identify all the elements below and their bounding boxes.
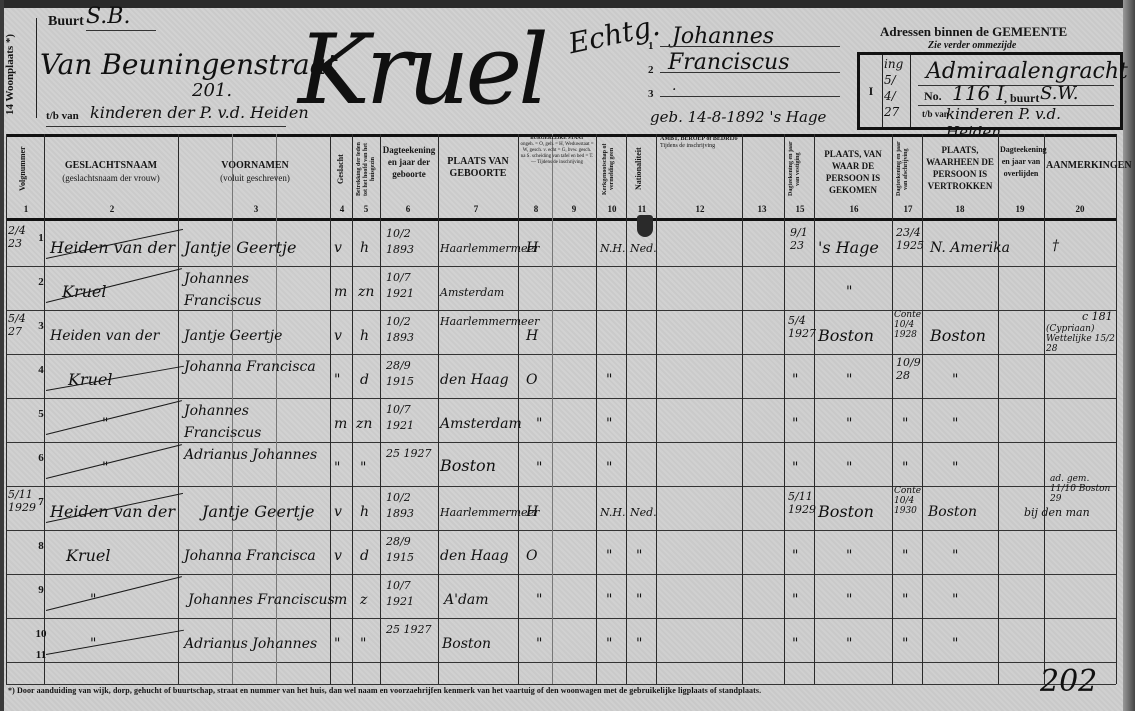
row-4-pob: den Haag: [440, 372, 509, 388]
row-10-rel: ": [360, 636, 366, 652]
col-rule: [656, 134, 657, 684]
header-beroep-label: AMBT, BEROEP of BEDRIJF: [660, 136, 780, 143]
addresses-title: Adressen binnen de GEMEENTE: [880, 24, 1067, 40]
entry-date: 5/11 1929: [8, 488, 38, 514]
row-4-dep-date: 10/9 28: [896, 356, 920, 382]
header-beroep: AMBT, BEROEP of BEDRIJF Tijdens de insch…: [660, 136, 780, 150]
colnum: 10: [604, 204, 620, 214]
row-9-dep-date: ": [902, 592, 908, 608]
row-10-church: ": [606, 636, 612, 652]
row-4-first: Johanna Francisca: [184, 356, 330, 378]
spouse-line-2: [660, 72, 840, 73]
spouse-line-2-num: 2: [648, 64, 654, 76]
row-6-dep-to: ": [952, 460, 958, 476]
row-9-surname: ": [90, 592, 96, 608]
colnum: 9: [568, 204, 580, 214]
row-5-nat: ": [606, 416, 612, 432]
address-box: I ing 5/ 4/ 27 Admiraalengracht No. 116 …: [857, 52, 1123, 130]
row-9-sex: m: [334, 592, 347, 608]
register-table: Volgnummer GESLACHTSNAAM (geslachtsnaam …: [6, 134, 1116, 684]
header-geslachtsnaam-label: GESLACHTSNAAM: [46, 160, 176, 172]
colnum: 11: [634, 204, 650, 214]
row-1-nat: Ned.: [630, 242, 657, 255]
row-2-dob: 10/7 1921: [386, 270, 436, 302]
row-rule: [6, 310, 1116, 311]
col-rule: [352, 134, 353, 684]
col-rule: [596, 134, 597, 684]
addresses-subtitle: Zie verder ommezijde: [928, 40, 1016, 51]
page-number: 202: [1040, 664, 1097, 699]
spouse-label: Echtg.: [566, 9, 663, 60]
row-3-surname: Heiden van der: [50, 328, 159, 344]
top-remark: ad. gem. 11/10 Boston 29: [1050, 474, 1116, 504]
row-1-arr-from: 's Hage: [818, 238, 879, 257]
woonplaats-label: 14 Woonplaats *): [4, 24, 26, 124]
colnum: 7: [470, 204, 482, 214]
scan-border-right: [1123, 0, 1135, 711]
header-vestigingsdatum: Dagteekening en jaar van vestiging: [788, 140, 810, 198]
header-overlijden: Dagteekening en jaar van overlijden: [1000, 144, 1042, 180]
spouse-line-1: [660, 46, 840, 47]
side-remark: c 181: [1082, 310, 1113, 323]
header-aanmerkingen: AANMERKINGEN: [1046, 160, 1114, 172]
address-buurt-label: , buurt: [1004, 91, 1039, 106]
row-1-dep-date: 23/4 1925: [896, 226, 920, 252]
row-7-church: N.H.: [600, 506, 626, 519]
col-rule: [178, 134, 179, 684]
row-rule: [6, 618, 1116, 619]
header-voornamen-label: VOORNAMEN: [180, 160, 330, 172]
row-10-dep-to: ": [952, 636, 958, 652]
row-3-remark: (Cypriaan) Wettelijke 15/2 28: [1046, 324, 1116, 354]
row-rule: [6, 266, 1116, 267]
row-8-pob: den Haag: [440, 548, 509, 564]
row-8-first: Johanna Francisca: [184, 548, 316, 564]
row-10-surname: ": [90, 636, 96, 652]
row-6-pob: Boston: [440, 456, 496, 475]
row-5-first: Johannes Franciscus: [184, 400, 330, 444]
row-1-dep-to: N. Amerika: [930, 240, 1010, 256]
row-7-rel: h: [360, 504, 369, 520]
tb-label: t/b van: [46, 110, 79, 122]
colnum: 13: [754, 204, 770, 214]
row-7-remark: bij den man: [1024, 506, 1090, 519]
col-rule: [998, 134, 999, 684]
row-8-sex: v: [334, 548, 342, 564]
house-number: 201.: [192, 80, 232, 101]
col-rule: [1044, 134, 1045, 684]
row-6-dep-date: ": [902, 460, 908, 476]
street-name: Van Beuningenstraat: [40, 48, 338, 81]
col-rule: [784, 134, 785, 684]
row-8-dep-date: ": [902, 548, 908, 564]
row-number: 9: [34, 584, 48, 596]
row-1-civil: H: [526, 240, 538, 256]
colnum: 16: [846, 204, 862, 214]
header-betrekking: Betrekking der leden tot het hoofd van h…: [356, 140, 378, 198]
row-10-dob: 25 1927: [386, 622, 436, 638]
row-rule: [6, 486, 1116, 487]
colnum: 1: [20, 204, 32, 214]
colnum: 2: [102, 204, 122, 214]
row-6-arr-from: ": [846, 460, 852, 476]
row-number: 5: [34, 408, 48, 420]
row-3-arr-date: 5/4 1927: [788, 314, 812, 340]
row-7-arr-date: 5/11 1929: [788, 490, 812, 516]
colnum: 15: [792, 204, 808, 214]
row-5-civil: ": [536, 416, 542, 432]
row-5-arr-date: ": [792, 416, 798, 432]
row-5-rel: zn: [356, 416, 372, 432]
row-rule: [6, 574, 1116, 575]
row-rule: [6, 442, 1116, 443]
registry-card: 14 Woonplaats *) Buurt S.B. Van Beuninge…: [0, 0, 1135, 711]
spouse-line-3-num: 3: [648, 88, 654, 100]
row-6-first: Adrianus Johannes: [184, 444, 330, 466]
row-3-rel: h: [360, 328, 369, 344]
row-6-nat: ": [606, 460, 612, 476]
row-7-dob: 10/2 1893: [386, 490, 436, 522]
row-8-surname: Kruel: [66, 546, 111, 565]
row-5-dep-date: ": [902, 416, 908, 432]
address-date: ing 5/ 4/ 27: [882, 55, 911, 127]
row-9-first: Johannes Franciscus: [188, 592, 335, 608]
row-1-sex: v: [334, 240, 342, 256]
row-4-arr-from: ": [846, 372, 852, 388]
header-burgerlijke-staat-sub: ongeh. = O, geh. = H, Weduwstaat = W, ge…: [520, 142, 594, 166]
col-rule: [1116, 134, 1117, 684]
row-8-civil: O: [526, 548, 537, 564]
row-3-sex: v: [334, 328, 342, 344]
row-rule: [6, 398, 1116, 399]
buurt-label: Buurt: [48, 14, 84, 30]
entry-date: 2/4 23: [8, 224, 38, 250]
row-1-first: Jantje Geertje: [184, 238, 296, 257]
row-3-dep-to: Boston: [930, 326, 986, 345]
tb-value: kinderen der P. v.d. Heiden: [90, 103, 309, 122]
row-rule: [6, 530, 1116, 531]
colnum: 5: [360, 204, 372, 214]
header-volgnummer: Volgnummer: [18, 140, 32, 198]
row-number: 4: [34, 364, 48, 376]
row-9-civil: ": [536, 592, 542, 608]
header-geslachtsnaam: GESLACHTSNAAM (geslachtsnaam der vrouw): [46, 160, 176, 184]
row-8-arr-date: ": [792, 548, 798, 564]
col-rule: [438, 134, 439, 684]
row-7-dep-to: Boston: [928, 504, 977, 520]
row-number: 10: [34, 628, 48, 640]
spouse-name-3: .: [672, 78, 676, 94]
row-number: 8: [34, 540, 48, 552]
row-4-nat: ": [606, 372, 612, 388]
row-8-church: ": [606, 548, 612, 564]
row-10-first: Adrianus Johannes: [184, 636, 317, 652]
row-10-arr-date: ": [792, 636, 798, 652]
colnum: 19: [1012, 204, 1028, 214]
strike-line: [46, 400, 182, 435]
row-7-sex: v: [334, 504, 342, 520]
col-rule: [626, 134, 627, 684]
col-rule: [892, 134, 893, 684]
header-vertrokken: PLAATS, WAARHEEN DE PERSOON IS VERTROKKE…: [924, 144, 996, 192]
row-6-civil: ": [536, 460, 542, 476]
colnum: 18: [952, 204, 968, 214]
row-4-civil: O: [526, 372, 537, 388]
row-1-pob: Haarlemmermeer: [440, 242, 539, 255]
row-8-rel: d: [360, 548, 369, 564]
row-7-nat: Ned.: [630, 506, 657, 519]
row-number: 6: [34, 452, 48, 464]
row-4-rel: d: [360, 372, 369, 388]
row-3-pob: Haarlemmermeer: [440, 314, 516, 330]
row-3-first: Jantje Geertje: [184, 328, 282, 344]
row-5-dep-to: ": [952, 416, 958, 432]
row-6-rel: ": [360, 460, 366, 476]
row-3-arr-from: Boston: [818, 326, 874, 345]
header-afschrijvingsdatum: Dagteekening en jaar van afschrijving: [896, 140, 918, 198]
row-8-nat: ": [636, 548, 642, 564]
row-1-rel: h: [360, 240, 369, 256]
row-9-pob: A'dam: [444, 592, 489, 608]
row-9-arr-date: ": [792, 592, 798, 608]
row-7-dep-date: Conte 10/4 1930: [894, 486, 922, 516]
row-rule: [6, 662, 1116, 663]
strike-line: [46, 444, 182, 479]
row-4-dep-to: ": [952, 372, 958, 388]
address-tb-label: t/b van: [922, 109, 949, 119]
header-kerkgenootschap: Kerkgenootschap of vermelding geen: [602, 140, 622, 198]
colnum: 8: [530, 204, 542, 214]
row-1-dob: 10/2 1893: [386, 226, 436, 258]
col-rule: [742, 134, 743, 684]
buurt-underline: [86, 30, 156, 31]
header-herkomst: PLAATS, VAN WAAR DE PERSOON IS GEKOMEN: [816, 148, 890, 196]
row-7-first: Jantje Geertje: [202, 502, 314, 521]
col-rule: [814, 134, 815, 684]
header-geboortedatum: Dagteekening en jaar der geboorte: [382, 144, 436, 180]
row-9-nat: ": [636, 592, 642, 608]
footnote: *) Door aanduiding van wijk, dorp, gehuc…: [8, 686, 761, 695]
header-voornamen-sub: (voluit geschreven): [180, 172, 330, 184]
spouse-line-3: [660, 96, 840, 97]
row-3-civil: H: [526, 328, 538, 344]
row-7-pob: Haarlemmermeer: [440, 506, 539, 519]
header-voornamen: VOORNAMEN (voluit geschreven): [180, 160, 330, 184]
col-rule: [518, 134, 519, 684]
row-10-civil: ": [536, 636, 542, 652]
row-8-arr-from: ": [846, 548, 852, 564]
address-street-line: [918, 85, 1114, 86]
row-6-dob: 25 1927: [386, 446, 436, 462]
colnum: 12: [692, 204, 708, 214]
row-rule: [6, 684, 1116, 685]
header-burgerlijke-staat: BURGERLIJKE STAAT ongeh. = O, geh. = H, …: [520, 136, 594, 166]
scan-border-top: [0, 0, 1135, 8]
row-10-sex: ": [334, 636, 340, 652]
row-9-dep-to: ": [952, 592, 958, 608]
row-8-dep-to: ": [952, 548, 958, 564]
col-rule: [6, 134, 7, 684]
row-9-rel: z: [360, 592, 367, 608]
row-6-sex: ": [334, 460, 340, 476]
tb-underline: [46, 126, 286, 127]
row-10-dep-date: ": [902, 636, 908, 652]
address-no-value: 116 I: [952, 81, 1004, 105]
strike-line: [46, 366, 184, 391]
row-2-first: Johannes Franciscus: [184, 268, 330, 312]
colnum: 20: [1072, 204, 1088, 214]
header-geslacht: Geslacht: [336, 140, 348, 198]
stamp-crest: [637, 215, 653, 237]
row-3-dob: 10/2 1893: [386, 314, 436, 346]
row-rule: [6, 354, 1116, 355]
row-2-sex: m: [334, 284, 347, 300]
col-rule: [552, 134, 553, 684]
family-name: Kruel: [298, 22, 545, 118]
address-row-num: I: [860, 55, 883, 127]
header-beroep-sub: Tijdens de inschrijving: [660, 143, 780, 150]
spouse-line-1-num: 1: [648, 40, 654, 52]
colnum: 4: [336, 204, 348, 214]
entry-date: 5/4 27: [8, 312, 38, 338]
row-number: 2: [34, 276, 48, 288]
header-geboorteplaats: PLAATS VAN GEBOORTE: [440, 156, 516, 180]
row-10-nat: ": [636, 636, 642, 652]
row-10-arr-from: ": [846, 636, 852, 652]
col-rule: [922, 134, 923, 684]
row-9-arr-from: ": [846, 592, 852, 608]
header-nationaliteit: Nationaliteit: [634, 140, 648, 198]
row-1-church: N.H.: [600, 242, 626, 255]
address-no-label: No.: [924, 89, 942, 104]
address-buurt-value: S.W.: [1040, 83, 1079, 104]
colnum: 17: [900, 204, 916, 214]
row-5-sex: m: [334, 416, 347, 432]
row-2-arr-from: ": [846, 284, 852, 300]
row-1-remark: †: [1052, 238, 1059, 254]
row-2-rel: zn: [358, 284, 374, 300]
row-10-pob: Boston: [442, 636, 491, 652]
spouse-birth-info: geb. 14-8-1892 's Hage: [650, 108, 826, 126]
row-5-dob: 10/7 1921: [386, 402, 436, 434]
row-7-arr-from: Boston: [818, 502, 874, 521]
header-geslachtsnaam-sub: (geslachtsnaam der vrouw): [46, 172, 176, 184]
row-4-arr-date: ": [792, 372, 798, 388]
row-9-dob: 10/7 1921: [386, 578, 436, 610]
colnum: 6: [402, 204, 414, 214]
row-2-pob: Amsterdam: [440, 286, 504, 299]
row-9-church: ": [606, 592, 612, 608]
row-6-arr-date: ": [792, 460, 798, 476]
strike-line: [46, 576, 182, 611]
row-4-sex: ": [334, 372, 340, 388]
row-7-civil: H: [526, 504, 538, 520]
row-5-arr-from: ": [846, 416, 852, 432]
row-1-arr-date: 9/1 23: [790, 226, 812, 252]
row-3-dep-date: Conte 10/4 1928: [894, 310, 922, 340]
row-4-dob: 28/9 1915: [386, 358, 436, 390]
row-5-pob: Amsterdam: [440, 416, 522, 432]
buurt-value: S.B.: [86, 4, 130, 29]
col-rule: [380, 134, 381, 684]
strike-line: [46, 630, 184, 655]
row-8-dob: 28/9 1915: [386, 534, 436, 566]
colnum: 3: [246, 204, 266, 214]
header-bottom-rule: [6, 218, 1116, 221]
